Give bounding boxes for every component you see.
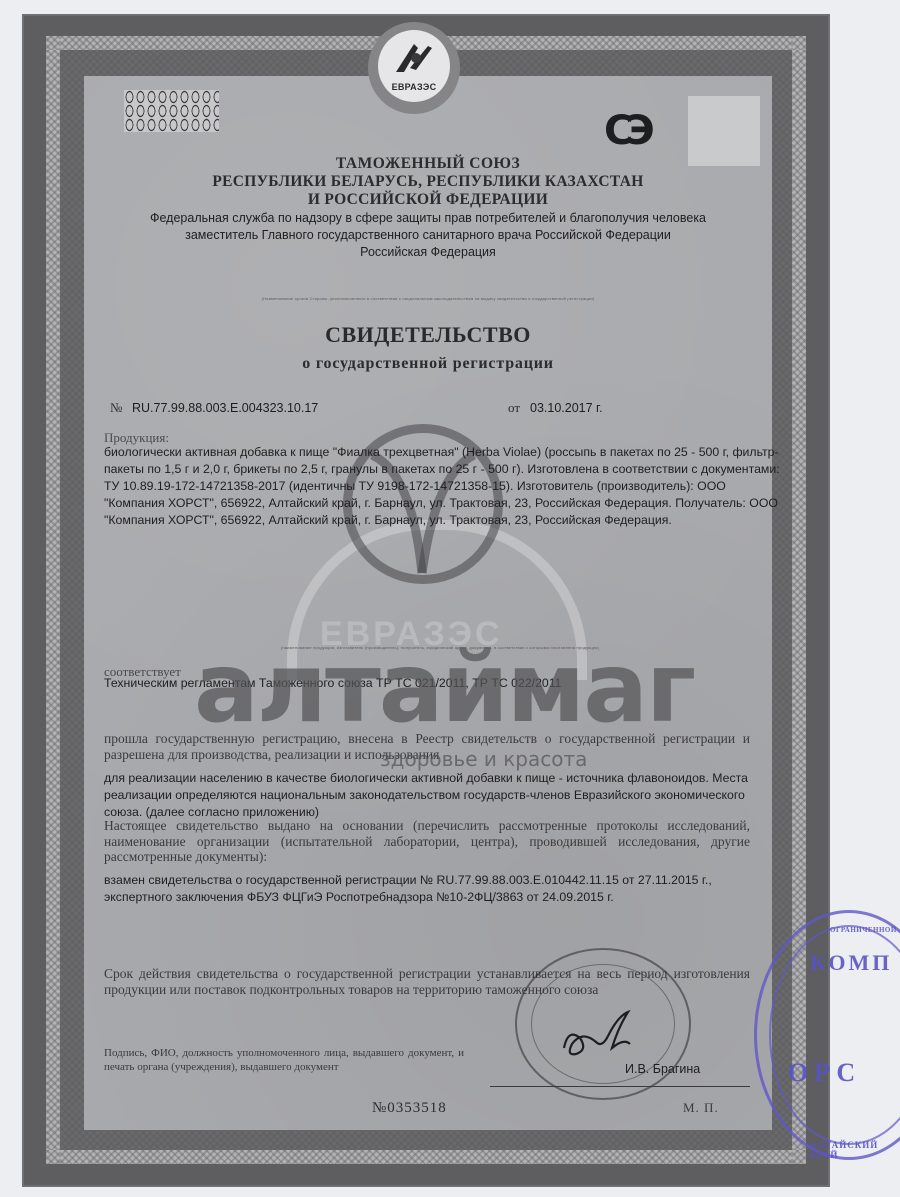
republics-line-2: И РОССИЙСКОЙ ФЕДЕРАЦИИ <box>84 191 772 209</box>
basis-documents: взамен свидетельства о государственной р… <box>104 872 764 906</box>
number-label: № <box>110 400 122 416</box>
brand-tagline-watermark: здоровье и красота <box>380 747 587 771</box>
eurasec-logo-icon <box>392 38 436 78</box>
agency-name: Федеральная служба по надзору в сфере за… <box>84 211 772 225</box>
certificate-date: 03.10.2017 г. <box>530 401 603 415</box>
company-stamp-bottom: АЛТАЙСКИЙ КРАЙ <box>810 1140 900 1160</box>
products-description: биологически активная добавка к пище "Фи… <box>104 444 780 529</box>
eurasec-emblem-inner: ЕВРАЗЭС <box>378 30 450 102</box>
signature-line <box>490 1086 750 1087</box>
basis-statement: Настоящее свидетельство выдано на основа… <box>104 818 750 865</box>
certificate-title: СВИДЕТЕЛЬСТВО <box>84 322 772 348</box>
signer-name: И.В. Брагина <box>625 1062 700 1076</box>
union-title: ТАМОЖЕННЫЙ СОЮЗ <box>84 155 772 173</box>
brand-watermark: алтаймаг <box>194 640 694 736</box>
certificate-number: RU.77.99.88.003.E.004323.10.17 <box>132 401 318 415</box>
security-pattern <box>124 90 219 132</box>
blank-number: №0353518 <box>372 1100 447 1117</box>
signature-icon <box>558 1008 648 1068</box>
conformity-mark-icon: СЭ <box>604 108 647 154</box>
company-stamp-middle: ОРС <box>788 1058 861 1088</box>
certificate-subtitle: о государственной регистрации <box>84 355 772 373</box>
country-name: Российская Федерация <box>84 245 772 259</box>
emblem-label: ЕВРАЗЭС <box>392 82 437 92</box>
seal-place: М. П. <box>683 1100 719 1116</box>
issuer-caption: (Наименование органа Стороны, уполномоче… <box>84 296 772 301</box>
date-label: от <box>508 400 520 416</box>
republics-line-1: РЕСПУБЛИКИ БЕЛАРУСЬ, РЕСПУБЛИКИ КАЗАХСТА… <box>84 173 772 191</box>
usage-scope: для реализации населению в качестве биол… <box>104 770 764 821</box>
signature-caption: Подпись, ФИО, должность уполномоченного … <box>104 1046 464 1074</box>
company-stamp-top: КОМП <box>810 950 892 976</box>
company-stamp-arc: ОГРАНИЧЕННОЙ <box>830 926 897 934</box>
deputy-title: заместитель Главного государственного са… <box>84 228 772 242</box>
